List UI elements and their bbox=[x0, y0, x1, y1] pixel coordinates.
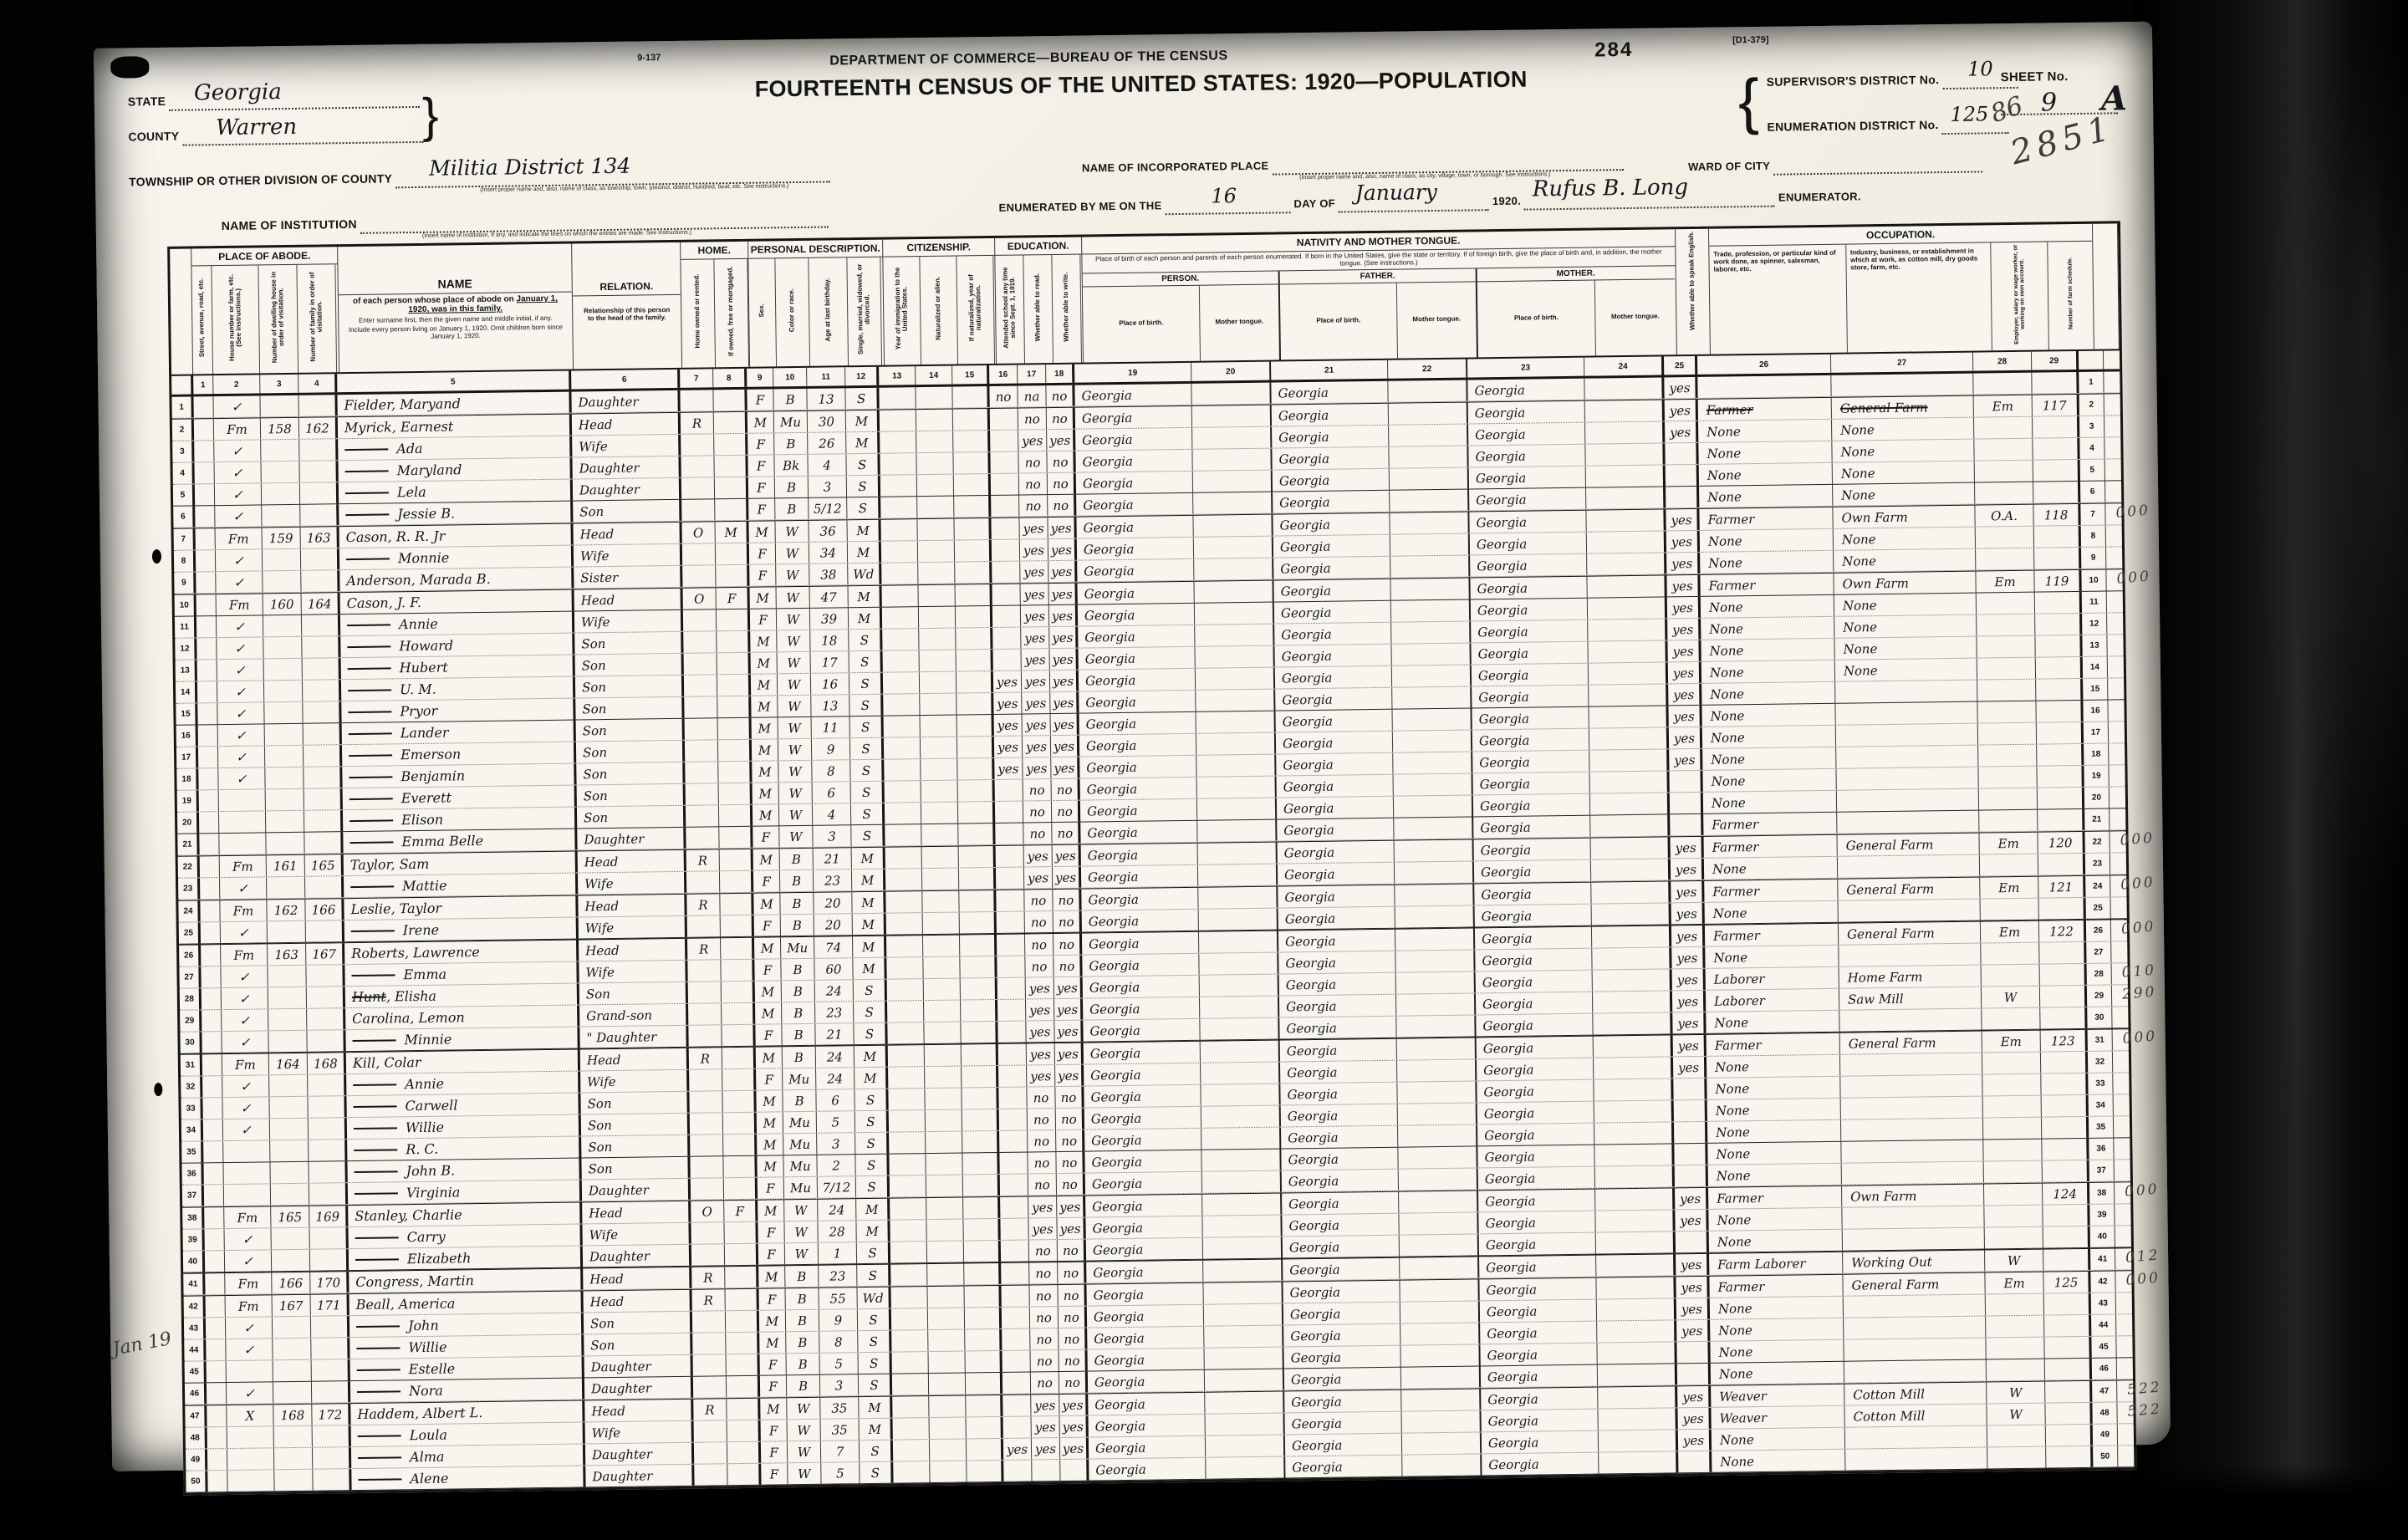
cell-race: B bbox=[782, 1024, 815, 1046]
margin-note-jan19: Jan 19 bbox=[111, 1328, 174, 1360]
cell-naturalized bbox=[918, 585, 955, 607]
cell-employment-class bbox=[1974, 417, 2033, 439]
cell-house-or-farm: Fm bbox=[220, 855, 267, 877]
cell-race: W bbox=[778, 717, 812, 739]
cell-age: 3 bbox=[817, 1133, 855, 1155]
cell-naturalization-year bbox=[961, 1022, 997, 1043]
cell-able-to-read bbox=[1032, 1460, 1060, 1481]
cell-house-or-farm: ✓ bbox=[222, 1097, 269, 1119]
cell-street bbox=[196, 528, 216, 549]
cell-mother-mother-tongue bbox=[1592, 903, 1671, 925]
cell-employment-class: Em bbox=[1979, 833, 2038, 854]
cell-father-place-of-birth: Georgia bbox=[1282, 1214, 1399, 1237]
cell-employment-class bbox=[1977, 593, 2035, 614]
row-number-left: 37 bbox=[182, 1185, 204, 1206]
cell-mother-tongue bbox=[1201, 1106, 1281, 1128]
cell-age: 24 bbox=[816, 1046, 855, 1068]
row-number-right: 11 bbox=[2082, 592, 2107, 613]
cell-industry: General Farm bbox=[1838, 878, 1980, 900]
cell-tenure bbox=[690, 1135, 723, 1156]
cell-tenure bbox=[688, 1025, 722, 1047]
cell-sex: M bbox=[759, 1332, 786, 1353]
cell-father-place-of-birth: Georgia bbox=[1282, 1170, 1399, 1192]
cell-industry: General Farm bbox=[1843, 1273, 1985, 1296]
cell-street bbox=[207, 1383, 227, 1404]
cell-place-of-birth: Georgia bbox=[1080, 778, 1197, 800]
cell-house-or-farm bbox=[219, 833, 266, 854]
cell-farm-schedule-number bbox=[2044, 1337, 2091, 1359]
cell-employment-class: Em bbox=[1981, 921, 2039, 943]
cell-mortgage bbox=[717, 609, 750, 631]
cell-relation: Daughter bbox=[571, 390, 680, 413]
row-number-right: 19 bbox=[2084, 766, 2109, 787]
row-number-right: 35 bbox=[2089, 1116, 2114, 1137]
cell-mortgage: F bbox=[717, 588, 750, 609]
cell-sex: M bbox=[754, 937, 781, 958]
cell-sex: F bbox=[761, 1463, 788, 1484]
cell-marital-status: S bbox=[847, 497, 880, 519]
cell-family-number bbox=[300, 504, 339, 526]
cell-house-or-farm: Fm bbox=[217, 594, 263, 615]
cell-able-to-write: no bbox=[1047, 408, 1075, 429]
cell-marital-status: S bbox=[855, 1111, 889, 1133]
cell-father-mother-tongue bbox=[1395, 928, 1475, 950]
plate-code: [D1-379] bbox=[1732, 35, 1769, 46]
cell-marital-status: M bbox=[848, 586, 881, 608]
cell-occupation: None bbox=[1705, 946, 1839, 968]
cell-race: W bbox=[777, 587, 810, 609]
cell-mother-tongue bbox=[1203, 1282, 1283, 1304]
cell-mother-tongue bbox=[1202, 1216, 1282, 1237]
cell-house-or-farm: ✓ bbox=[216, 571, 263, 593]
day-of-label: DAY OF bbox=[1293, 197, 1335, 211]
num-cell: 18 bbox=[1046, 365, 1074, 383]
cell-able-to-read: no bbox=[1023, 779, 1052, 800]
cell-immigration-year bbox=[889, 1110, 926, 1132]
cell-father-mother-tongue bbox=[1390, 534, 1470, 556]
cell-able-to-read: yes bbox=[1024, 867, 1053, 888]
cell-industry bbox=[1839, 1009, 1982, 1032]
cell-mortgage bbox=[716, 565, 749, 587]
cell-marital-status: M bbox=[846, 410, 880, 432]
cell-occupation bbox=[1697, 375, 1831, 398]
cell-naturalization-year bbox=[957, 671, 993, 693]
cell-employment-class: W bbox=[1985, 1250, 2043, 1272]
row-number-left: 48 bbox=[186, 1427, 207, 1448]
cell-mother-tongue bbox=[1196, 733, 1276, 755]
cell-father-mother-tongue bbox=[1396, 971, 1476, 993]
cell-able-to-read: yes bbox=[1032, 1438, 1060, 1459]
cell-mother-tongue bbox=[1200, 1018, 1279, 1040]
cell-dwelling-number: 165 bbox=[271, 1206, 309, 1228]
cell-father-mother-tongue bbox=[1389, 446, 1468, 468]
cell-naturalized bbox=[923, 936, 960, 957]
cell-employment-class bbox=[1977, 680, 2036, 701]
cell-relation: Grand-son bbox=[579, 1004, 688, 1027]
cell-place-of-birth: Georgia bbox=[1087, 1349, 1204, 1371]
cell-tenure bbox=[694, 1464, 727, 1486]
cell-able-to-read: na bbox=[1018, 385, 1046, 406]
cell-speaks-english: yes bbox=[1678, 1430, 1712, 1451]
cell-tenure bbox=[684, 653, 717, 675]
header-home: HOME.Home owned or rented.If owned, free… bbox=[681, 242, 750, 368]
cell-mother-mother-tongue bbox=[1590, 814, 1670, 836]
num-cell: 11 bbox=[807, 367, 845, 386]
cell-place-of-birth: Georgia bbox=[1075, 450, 1192, 472]
cell-employment-class: Em bbox=[1974, 395, 2033, 417]
num-cell: 19 bbox=[1074, 363, 1191, 383]
cell-naturalization-year bbox=[961, 1000, 997, 1022]
cell-farm-schedule-number: 118 bbox=[2033, 504, 2080, 526]
cell-attended-school bbox=[997, 978, 1026, 999]
cell-able-to-read: no bbox=[1023, 823, 1052, 844]
header-right-num bbox=[2093, 223, 2120, 349]
num-cell: 23 bbox=[1467, 358, 1584, 378]
cell-father-mother-tongue bbox=[1395, 839, 1474, 861]
header-relation: RELATION.Relationship of this person to … bbox=[572, 242, 682, 370]
cell-sex: M bbox=[758, 1266, 785, 1287]
cell-naturalized bbox=[919, 607, 956, 629]
cell-immigration-year bbox=[890, 1242, 927, 1263]
cell-marital-status: S bbox=[854, 1002, 887, 1023]
cell-mother-mother-tongue bbox=[1599, 1430, 1678, 1451]
row-number-right: 48 bbox=[2092, 1402, 2117, 1423]
row-number-right: 1 bbox=[2079, 372, 2104, 393]
cell-employment-class bbox=[1981, 943, 2039, 965]
cell-sex: M bbox=[753, 893, 780, 914]
cell-father-mother-tongue bbox=[1393, 752, 1472, 773]
cell-family-number bbox=[313, 1447, 351, 1469]
cell-mother-place-of-birth: Georgia bbox=[1479, 1256, 1596, 1278]
cell-able-to-write: yes bbox=[1054, 977, 1083, 998]
cell-naturalization-year bbox=[955, 562, 992, 584]
cell-naturalization-year bbox=[965, 1351, 1002, 1373]
enumeration-label: ENUMERATION DISTRICT No. bbox=[1767, 118, 1938, 134]
cell-occupation: None bbox=[1702, 747, 1836, 770]
cell-house-or-farm: Fm bbox=[216, 528, 263, 549]
cell-father-mother-tongue bbox=[1402, 1432, 1482, 1454]
cell-relation: Wife bbox=[582, 1223, 691, 1246]
cell-mortgage bbox=[714, 456, 747, 477]
cell-family-number bbox=[309, 1140, 347, 1161]
state-value: Georgia bbox=[194, 79, 282, 105]
cell-family-number bbox=[302, 636, 340, 658]
cell-attended-school bbox=[998, 1087, 1027, 1108]
cell-employment-class bbox=[1987, 1447, 2046, 1469]
enumeration-line: ENUMERATION DISTRICT No. 125 bbox=[1767, 117, 2009, 137]
cell-tenure bbox=[688, 1003, 722, 1025]
cell-father-mother-tongue bbox=[1394, 817, 1473, 839]
cell-father-place-of-birth: Georgia bbox=[1281, 1148, 1398, 1170]
cell-able-to-read: no bbox=[1028, 1109, 1056, 1130]
cell-industry: Own Farm bbox=[1842, 1185, 1984, 1207]
cell-able-to-read: no bbox=[1029, 1285, 1058, 1306]
cell-mortgage bbox=[721, 960, 754, 982]
cell-father-place-of-birth: Georgia bbox=[1284, 1412, 1401, 1435]
cell-industry: General Farm bbox=[1837, 834, 1979, 856]
cell-immigration-year bbox=[880, 475, 917, 497]
cell-house-or-farm: ✓ bbox=[222, 1009, 268, 1031]
cell-farm-schedule-number: 125 bbox=[2043, 1272, 2090, 1293]
row-number-left: 8 bbox=[174, 550, 196, 571]
cell-attended-school: yes bbox=[994, 715, 1023, 736]
row-number-right: 16 bbox=[2083, 701, 2108, 722]
cell-speaks-english: yes bbox=[1671, 881, 1704, 903]
cell-speaks-english: yes bbox=[1669, 749, 1702, 771]
cell-employment-class: W bbox=[1987, 1382, 2045, 1404]
cell-mother-place-of-birth: Georgia bbox=[1475, 905, 1592, 927]
cell-street bbox=[204, 1229, 224, 1250]
cell-race: B bbox=[774, 433, 808, 455]
cell-age: 17 bbox=[811, 651, 849, 673]
cell-able-to-write: yes bbox=[1051, 757, 1079, 778]
cell-farm-schedule-number bbox=[2038, 809, 2084, 831]
cell-family-number: 170 bbox=[310, 1272, 349, 1293]
cell-father-mother-tongue bbox=[1392, 686, 1472, 708]
cell-house-or-farm: ✓ bbox=[227, 1382, 273, 1404]
cell-farm-schedule-number bbox=[2033, 460, 2080, 482]
cell-age: 6 bbox=[813, 782, 851, 803]
cell-father-place-of-birth: Georgia bbox=[1273, 535, 1390, 558]
cell-tenure bbox=[683, 631, 717, 653]
state-line: STATE Georgia bbox=[128, 91, 421, 112]
cell-age: 60 bbox=[814, 958, 853, 980]
ward-line: WARD OF CITY bbox=[1688, 156, 1982, 176]
cell-relation: Son bbox=[581, 1114, 690, 1136]
cell-family-number bbox=[302, 614, 340, 636]
cell-immigration-year bbox=[893, 1440, 930, 1461]
cell-relation: Wife bbox=[574, 544, 682, 567]
cell-father-place-of-birth: Georgia bbox=[1284, 1390, 1401, 1413]
cell-immigration-year bbox=[881, 541, 918, 563]
cell-marital-status: M bbox=[859, 1397, 892, 1419]
cell-mortgage bbox=[715, 477, 748, 499]
row-number-left: 46 bbox=[185, 1383, 207, 1404]
cell-mother-mother-tongue bbox=[1596, 1277, 1676, 1298]
cell-mother-tongue bbox=[1203, 1260, 1283, 1282]
cell-industry bbox=[1836, 746, 1978, 768]
cell-name: Monnie bbox=[339, 546, 574, 570]
row-number-right: 4 bbox=[2079, 438, 2104, 459]
cell-naturalization-year bbox=[957, 650, 993, 671]
cell-dwelling-number bbox=[273, 1382, 312, 1404]
cell-occupation: None bbox=[1710, 1297, 1844, 1319]
cell-employment-class: Em bbox=[1985, 1272, 2043, 1294]
cell-dwelling-number bbox=[268, 966, 306, 987]
cell-mother-place-of-birth: Georgia bbox=[1472, 664, 1589, 686]
cell-farm-schedule-number bbox=[2043, 1160, 2089, 1182]
cell-occupation: Laborer bbox=[1706, 967, 1839, 990]
cell-attended-school bbox=[991, 474, 1019, 495]
cell-race: W bbox=[784, 1221, 818, 1243]
cell-marital-status: S bbox=[850, 760, 884, 782]
row-number-left: 50 bbox=[186, 1471, 207, 1492]
cell-place-of-birth: Georgia bbox=[1084, 1129, 1201, 1151]
cell-name: Pryor bbox=[341, 699, 575, 723]
cell-race: Mu bbox=[781, 937, 814, 959]
num-cell: 15 bbox=[952, 365, 989, 385]
cell-mother-place-of-birth: Georgia bbox=[1472, 707, 1589, 730]
cell-industry: None bbox=[1833, 483, 1975, 506]
cell-age: 24 bbox=[816, 1068, 855, 1089]
cell-able-to-write: yes bbox=[1053, 867, 1081, 888]
cell-relation: Son bbox=[574, 632, 683, 655]
row-number-left: 14 bbox=[176, 681, 197, 702]
cell-relation: Wife bbox=[579, 961, 687, 983]
cell-mother-mother-tongue bbox=[1598, 1364, 1677, 1385]
cell-dwelling-number bbox=[267, 877, 305, 899]
cell-age: 74 bbox=[814, 936, 853, 958]
cell-attended-school: yes bbox=[993, 671, 1022, 692]
cell-immigration-year bbox=[890, 1220, 926, 1242]
cell-occupation: None bbox=[1701, 660, 1835, 683]
cell-naturalization-year bbox=[953, 409, 990, 431]
cell-dwelling-number bbox=[263, 549, 301, 571]
ward-label: WARD OF CITY bbox=[1688, 160, 1770, 173]
cell-immigration-year bbox=[884, 716, 921, 737]
cell-dwelling-number bbox=[273, 1360, 312, 1382]
cell-father-mother-tongue bbox=[1401, 1389, 1481, 1410]
cell-family-number bbox=[309, 1161, 347, 1183]
cell-place-of-birth: Georgia bbox=[1089, 1415, 1206, 1437]
cell-farm-schedule-number bbox=[2034, 526, 2081, 548]
cell-mother-tongue bbox=[1201, 1150, 1281, 1171]
cell-family-number bbox=[303, 680, 341, 701]
cell-able-to-read: yes bbox=[1024, 845, 1053, 866]
cell-mother-place-of-birth: Georgia bbox=[1472, 729, 1589, 752]
cell-name: Emma bbox=[344, 961, 579, 986]
cell-name: Howard bbox=[340, 634, 574, 658]
cell-mother-place-of-birth: Georgia bbox=[1469, 467, 1586, 489]
cell-attended-school bbox=[1003, 1416, 1032, 1437]
cell-speaks-english: yes bbox=[1672, 1012, 1706, 1034]
cell-farm-schedule-number bbox=[2034, 548, 2081, 569]
cell-industry bbox=[1842, 1206, 1984, 1229]
cell-marital-status: S bbox=[849, 630, 882, 651]
cell-dwelling-number: 161 bbox=[267, 855, 305, 877]
cell-speaks-english: yes bbox=[1672, 991, 1706, 1012]
cell-mother-tongue bbox=[1205, 1413, 1284, 1435]
cell-family-number: 162 bbox=[299, 417, 338, 439]
cell-able-to-read: no bbox=[1031, 1372, 1059, 1393]
cell-mother-mother-tongue bbox=[1593, 991, 1672, 1012]
cell-relation: Head bbox=[583, 1267, 691, 1290]
row-number-right: 42 bbox=[2090, 1271, 2115, 1292]
cell-age: 38 bbox=[809, 563, 848, 585]
cell-age: 3 bbox=[809, 476, 847, 497]
cell-sex: F bbox=[760, 1354, 787, 1374]
cell-race: B bbox=[780, 870, 814, 892]
cell-naturalization-year bbox=[962, 1131, 999, 1153]
cell-naturalized bbox=[922, 891, 959, 913]
cell-marital-status: M bbox=[853, 914, 886, 936]
cell-speaks-english bbox=[1677, 1364, 1711, 1385]
cell-attended-school: yes bbox=[1003, 1438, 1032, 1459]
cell-able-to-write: yes bbox=[1050, 692, 1079, 713]
cell-relation: Son bbox=[580, 1092, 689, 1114]
cell-dwelling-number bbox=[262, 483, 300, 505]
cell-able-to-write: no bbox=[1058, 1262, 1086, 1283]
cell-name: Hubert bbox=[341, 655, 575, 680]
cell-farm-schedule-number bbox=[2038, 788, 2084, 809]
row-number-left: 1 bbox=[171, 396, 193, 417]
cell-tenure bbox=[685, 740, 718, 762]
cell-industry: General Farm bbox=[1832, 396, 1974, 419]
cell-sex: M bbox=[748, 521, 775, 542]
cell-name: Carolina, Lemon bbox=[345, 1005, 579, 1029]
cell-mother-tongue bbox=[1193, 471, 1273, 492]
cell-occupation: Farmer bbox=[1698, 398, 1832, 421]
cell-naturalization-year bbox=[957, 693, 993, 715]
cell-street bbox=[197, 681, 217, 702]
cell-marital-status: S bbox=[858, 1309, 891, 1331]
cell-able-to-write: yes bbox=[1049, 627, 1078, 648]
cell-dwelling-number: 164 bbox=[269, 1053, 308, 1075]
row-number-right: 45 bbox=[2091, 1336, 2116, 1357]
cell-mother-place-of-birth: Georgia bbox=[1477, 1102, 1594, 1124]
row-number-right: 12 bbox=[2082, 614, 2107, 635]
cell-able-to-write: yes bbox=[1051, 714, 1079, 735]
cell-able-to-read: no bbox=[1025, 956, 1053, 977]
cell-industry bbox=[1841, 1119, 1983, 1141]
cell-mother-tongue bbox=[1195, 603, 1274, 625]
cell-naturalization-year bbox=[964, 1263, 1001, 1285]
cell-place-of-birth: Georgia bbox=[1076, 516, 1193, 538]
row-number-right: 40 bbox=[2090, 1226, 2115, 1247]
cell-family-number bbox=[304, 767, 342, 788]
cell-race: W bbox=[777, 609, 810, 630]
cell-street bbox=[203, 1119, 223, 1140]
cell-sex: M bbox=[755, 981, 782, 1002]
cell-sex: F bbox=[758, 1288, 785, 1309]
cell-father-mother-tongue bbox=[1392, 708, 1472, 730]
row-number-left: 32 bbox=[181, 1076, 202, 1097]
cell-immigration-year bbox=[885, 803, 921, 824]
cell-attended-school bbox=[1001, 1285, 1029, 1306]
cell-street bbox=[193, 396, 213, 417]
brace-right: { bbox=[1737, 65, 1759, 136]
cell-name: Congress, Martin bbox=[349, 1268, 583, 1293]
cell-dwelling-number bbox=[263, 637, 302, 659]
cell-relation: Head bbox=[584, 1400, 693, 1422]
cell-relation: Son bbox=[579, 982, 688, 1005]
pencil-margin-code: 000 bbox=[2122, 1028, 2158, 1047]
cell-tenure bbox=[686, 805, 719, 827]
cell-employment-class bbox=[1979, 788, 2038, 810]
cell-able-to-read: yes bbox=[1021, 627, 1049, 648]
cell-farm-schedule-number bbox=[2035, 614, 2082, 635]
cell-speaks-english: yes bbox=[1666, 509, 1699, 531]
row-number-right: 43 bbox=[2091, 1293, 2116, 1313]
cell-name: Stanley, Charlie bbox=[348, 1202, 582, 1226]
cell-place-of-birth: Georgia bbox=[1084, 1107, 1201, 1130]
cell-place-of-birth: Georgia bbox=[1084, 1042, 1201, 1064]
cell-speaks-english: yes bbox=[1666, 531, 1700, 553]
cell-family-number: 171 bbox=[311, 1294, 349, 1316]
cell-able-to-write: no bbox=[1057, 1174, 1085, 1195]
cell-mother-place-of-birth: Georgia bbox=[1474, 839, 1591, 861]
cell-father-mother-tongue bbox=[1390, 579, 1470, 600]
cell-father-place-of-birth: Georgia bbox=[1271, 381, 1388, 404]
cell-able-to-write: yes bbox=[1049, 649, 1078, 670]
enumerator-label: ENUMERATOR. bbox=[1778, 190, 1861, 203]
cell-sex: F bbox=[754, 959, 781, 980]
cell-dwelling-number bbox=[264, 659, 303, 681]
cell-naturalized bbox=[926, 1220, 963, 1242]
row-number-right: 18 bbox=[2084, 744, 2109, 765]
cell-father-mother-tongue bbox=[1397, 1081, 1477, 1103]
cell-naturalized bbox=[922, 869, 959, 890]
